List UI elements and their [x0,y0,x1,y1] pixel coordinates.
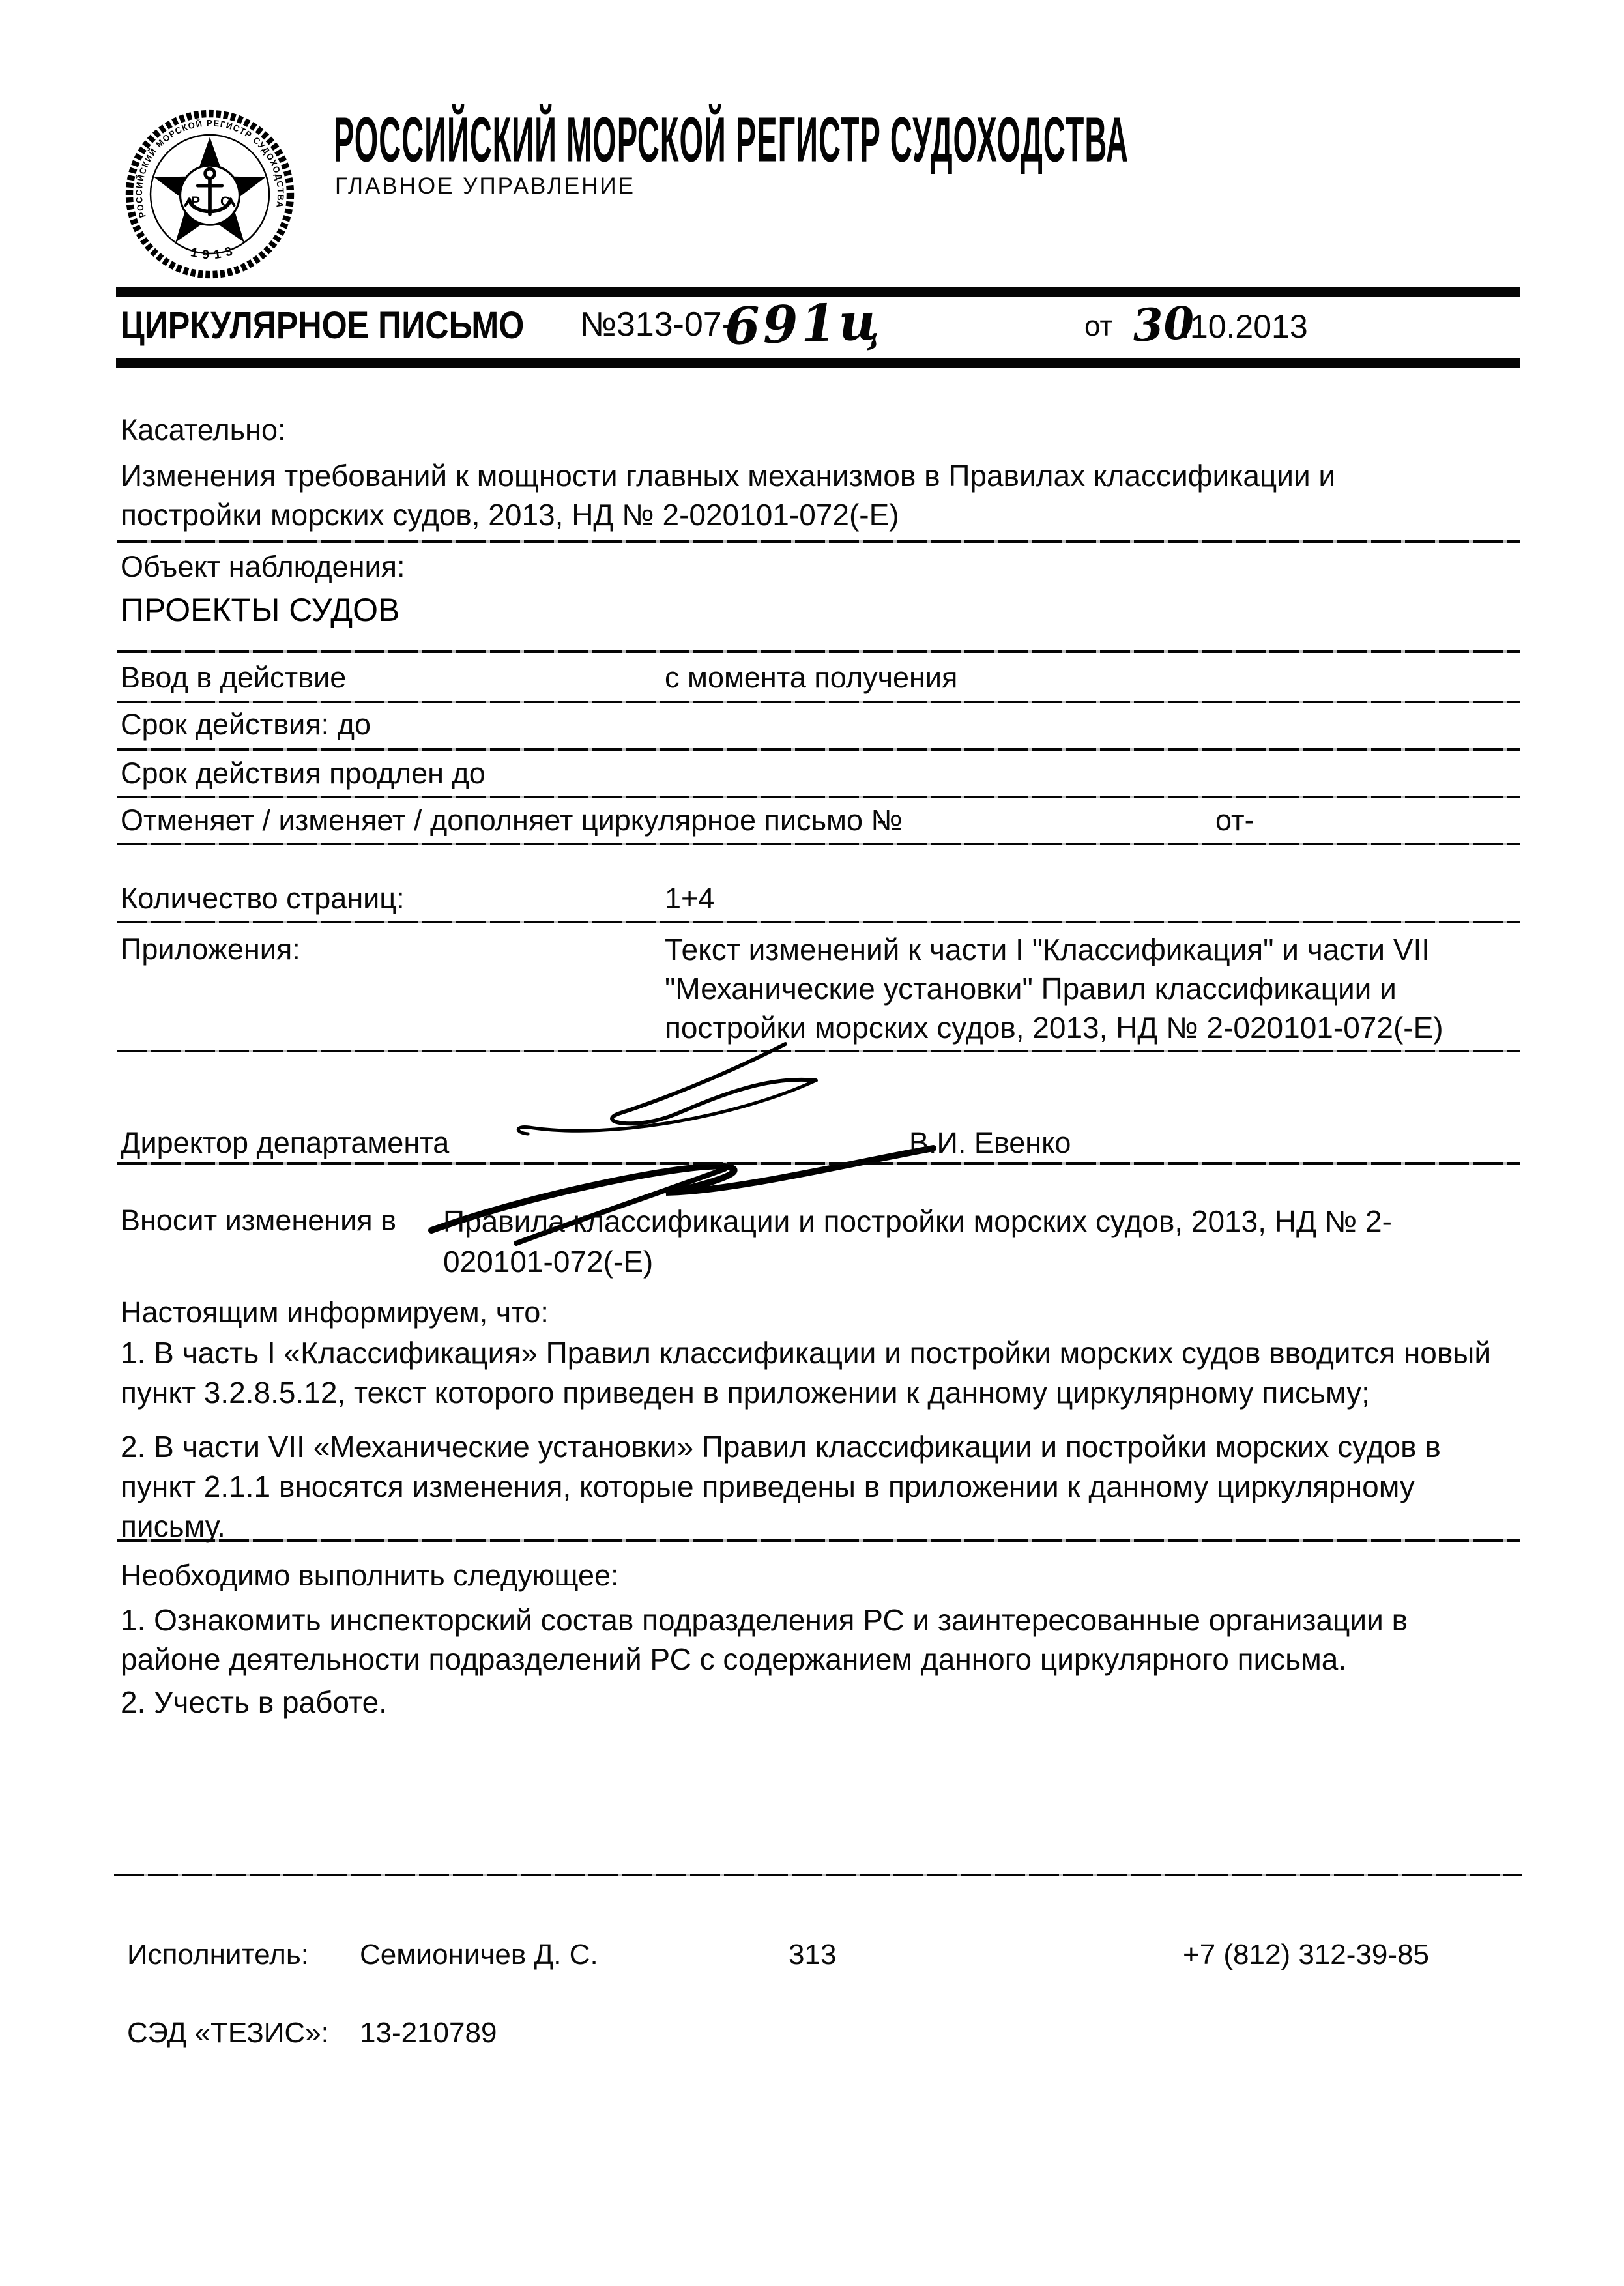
field-row-amends: Вносит изменения в Правила классификации… [121,1201,1528,1240]
seal-letter-right: С [220,194,230,209]
field-label: Приложения: [121,933,300,966]
sed-number: 13-210789 [360,2014,497,2053]
doc-number-prefix: №313-07- [580,305,733,344]
field-row-extended: Срок действия продлен до [121,754,1522,793]
org-name-title: РОССИЙСКИЙ МОРСКОЙ РЕГИСТР СУДОХОДСТВА [334,103,1129,176]
field-label: Ввод в действие [121,661,346,694]
field-value: с момента получения [665,658,957,697]
field-value: Правила классификации и постройки морски… [443,1201,1486,1282]
body-intro: Настоящим информируем, что: [121,1293,549,1332]
separator-line [117,1539,1520,1542]
object-label: Объект наблюдения: [121,547,405,586]
executor-dept-code: 313 [789,1935,836,1975]
doc-number-handwritten: 691ц [723,292,882,356]
executor-phone: +7 (812) 312-39-85 [1183,1935,1429,1975]
field-row-cancels: Отменяет / изменяет / дополняет циркуляр… [121,801,1522,840]
separator-line [117,921,1520,923]
action-item: 2. Учесть в работе. [121,1683,1502,1722]
field-label: Вносит изменения в [121,1204,396,1237]
action-item: 1. Ознакомить инспекторский состав подра… [121,1600,1502,1679]
field-label: Срок действия продлен до [121,757,486,790]
executor-name: Семионичев Д. С. [360,1935,598,1975]
field-value: Текст изменений к части I "Классификация… [665,930,1525,1047]
date-preposition: от [1084,310,1113,343]
seal-year: 1913 [189,242,239,262]
separator-line [117,1162,1520,1165]
document-page: РОССИЙСКИЙ МОРСКОЙ РЕГИСТР СУДОХОДСТВА 1… [0,0,1624,2286]
actions-intro: Необходимо выполнить следующее: [121,1556,619,1595]
executor-label: Исполнитель: [127,1935,309,1975]
object-value: ПРОЕКТЫ СУДОВ [121,590,399,629]
field-row-valid-until: Срок действия: до [121,705,1522,744]
field-label: Отменяет / изменяет / дополняет циркуляр… [121,803,903,837]
executor-row: Исполнитель: Семионичев Д. С. 313 +7 (81… [0,1935,1624,1975]
separator-line [117,701,1520,703]
sed-label: СЭД «ТЕЗИС»: [127,2014,329,2053]
field-row-effective: Ввод в действие с момента получения [121,658,1522,697]
field-value: 1+4 [665,879,714,918]
subject-text: Изменения требований к мощности главных … [121,456,1430,534]
separator-line [117,650,1520,653]
field-value: - [877,801,886,840]
bottom-thick-rule [116,358,1520,368]
separator-line [117,796,1520,798]
sed-row: СЭД «ТЕЗИС»: 13-210789 [0,2014,1624,2053]
date-month-year: .10.2013 [1181,308,1308,345]
field-row-pages: Количество страниц: 1+4 [121,879,1522,918]
separator-line [117,540,1520,543]
body-item: 2. В части VII «Механические установки» … [121,1427,1502,1546]
field-label: Количество страниц: [121,882,405,915]
seal-letter-left: Р [191,194,200,209]
register-seal-logo: РОССИЙСКИЙ МОРСКОЙ РЕГИСТР СУДОХОДСТВА 1… [125,109,295,279]
body-item: 1. В часть I «Классификация» Правил клас… [121,1333,1502,1413]
field-from-label: от- [1215,801,1254,840]
footer-rule [114,1874,1522,1876]
doc-type-title: ЦИРКУЛЯРНОЕ ПИСЬМО [121,304,524,347]
separator-line [117,843,1520,845]
signature-title: Директор департамента [121,1123,449,1163]
subject-label: Касательно: [121,411,286,450]
signature-name: В.И. Евенко [909,1123,1071,1163]
org-department: ГЛАВНОЕ УПРАВЛЕНИЕ [335,173,635,199]
separator-line [117,748,1520,751]
field-row-appendices: Приложения: Текст изменений к части I "К… [121,930,1522,969]
field-label: Срок действия: до [121,708,371,741]
